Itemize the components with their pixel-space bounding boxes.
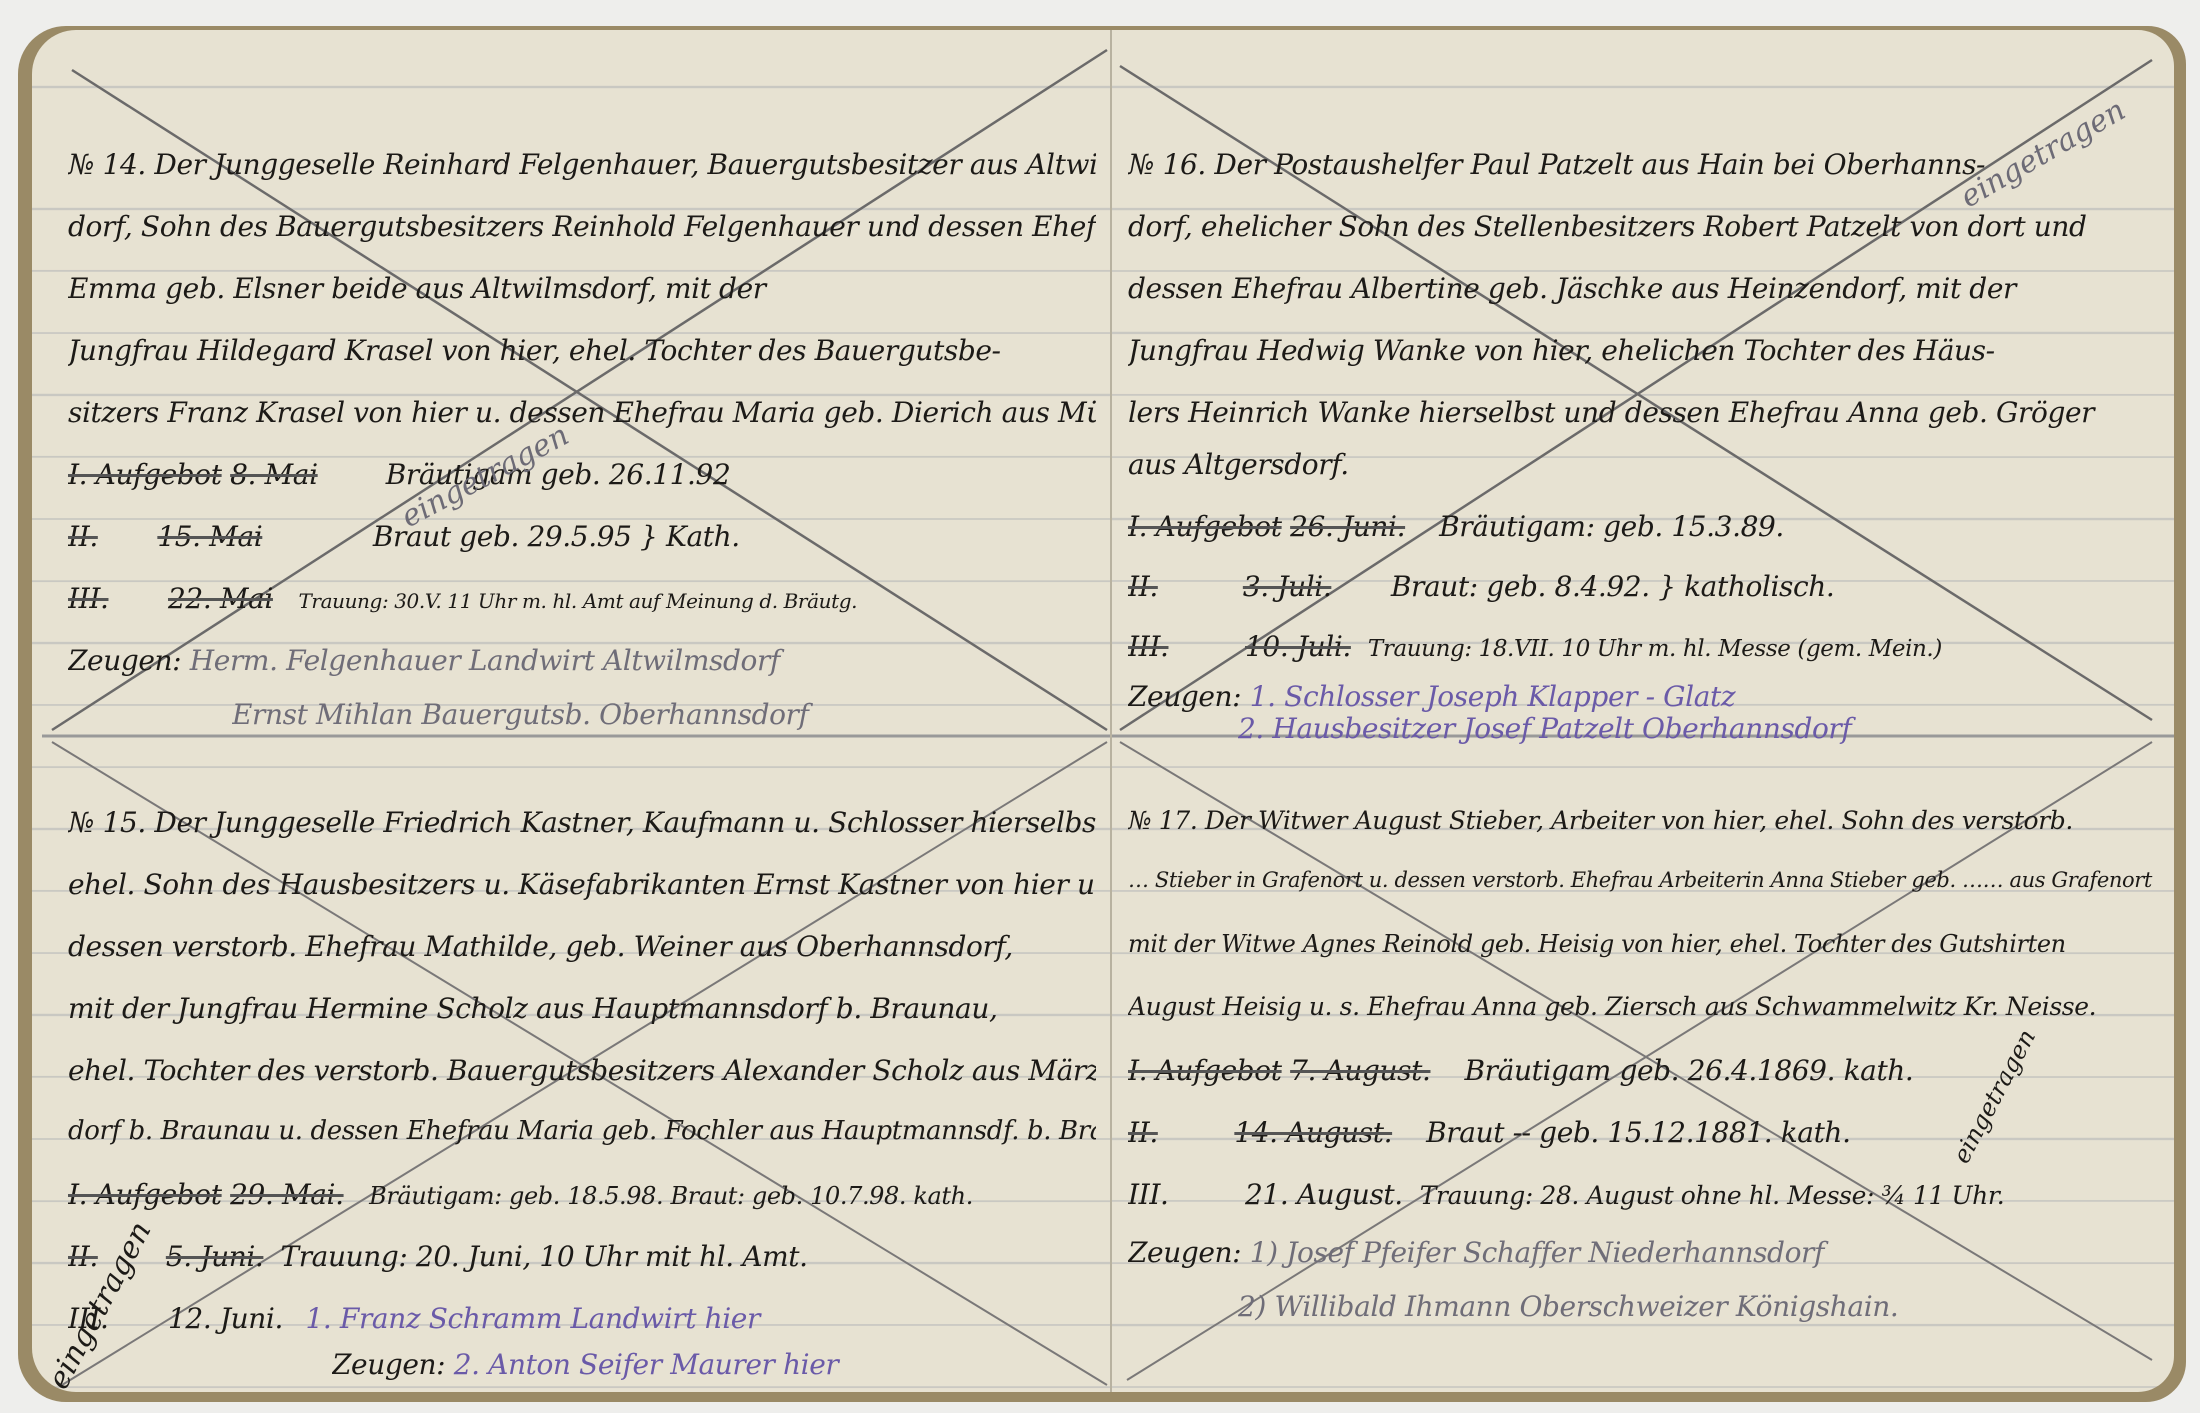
entry-line: … Stieber in Grafenort u. dessen verstor… — [1128, 868, 2158, 928]
banns-date: 12. Juni. — [168, 1302, 283, 1335]
witnesses-label: Zeugen: — [1128, 680, 1241, 713]
entry-line: dorf, Sohn des Bauergutsbesitzers Reinho… — [68, 210, 1096, 270]
witness-row: Zeugen: Herm. Felgenhauer Landwirt Altwi… — [68, 644, 1096, 704]
witness: Herm. Felgenhauer Landwirt Altwilmsdorf — [190, 644, 780, 677]
banns-date: 5. Juni. — [166, 1240, 264, 1273]
entry-line: Jungfrau Hedwig Wanke von hier, eheliche… — [1128, 334, 2158, 394]
banns-detail: Trauung: 30.V. 11 Uhr m. hl. Amt auf Mei… — [298, 589, 857, 613]
register-spread: № 14. Der Junggeselle Reinhard Felgenhau… — [18, 26, 2188, 1406]
banns-row: III. 21. August. Trauung: 28. August ohn… — [1128, 1178, 2158, 1238]
witnesses-label: Zeugen: — [1128, 1236, 1241, 1269]
banns-row: II. 3. Juli. Braut: geb. 8.4.92. } katho… — [1128, 570, 2158, 630]
entry-line: № 15. Der Junggeselle Friedrich Kastner,… — [68, 806, 1096, 866]
banns-detail: Bräutigam: geb. 15.3.89. — [1439, 510, 1784, 543]
banns-row: I. Aufgebot 29. Mai. Bräutigam: geb. 18.… — [68, 1178, 1096, 1238]
banns-row: II. 15. Mai Braut geb. 29.5.95 } Kath. — [68, 520, 1096, 580]
witness-row: 2. Hausbesitzer Josef Patzelt Oberhannsd… — [1238, 712, 2158, 772]
witness-row: Ernst Mihlan Bauergutsb. Oberhannsdorf — [232, 698, 1096, 758]
banns-row: II. 5. Juni. Trauung: 20. Juni, 10 Uhr m… — [68, 1240, 1096, 1300]
banns-detail: Braut -- geb. 15.12.1881. kath. — [1426, 1116, 1850, 1149]
banns-date: 15. Mai — [157, 520, 262, 553]
entry-line: mit der Witwe Agnes Reinold geb. Heisig … — [1128, 930, 2158, 990]
banns-label: II. — [1128, 1116, 1158, 1149]
banns-detail: Braut: geb. 8.4.92. } katholisch. — [1391, 570, 1835, 603]
banns-label: III. — [68, 582, 108, 615]
entry-line: Emma geb. Elsner beide aus Altwilmsdorf,… — [68, 272, 1096, 332]
witness: 1. Franz Schramm Landwirt hier — [306, 1302, 760, 1335]
banns-label: I. Aufgebot — [1128, 510, 1282, 543]
banns-detail: Trauung: 20. Juni, 10 Uhr mit hl. Amt. — [280, 1240, 807, 1273]
witnesses-label: Zeugen: — [68, 644, 181, 677]
banns-date: 10. Juli. — [1245, 630, 1351, 663]
banns-date: 29. Mai. — [230, 1178, 343, 1211]
banns-row: I. Aufgebot 26. Juni. Bräutigam: geb. 15… — [1128, 510, 2158, 570]
entry-line: lers Heinrich Wanke hierselbst und desse… — [1128, 396, 2158, 456]
entry-line: № 14. Der Junggeselle Reinhard Felgenhau… — [68, 148, 1096, 208]
entry-line: dessen verstorb. Ehefrau Mathilde, geb. … — [68, 930, 1096, 990]
banns-date: 22. Mai — [168, 582, 273, 615]
witnesses-label: Zeugen: — [332, 1348, 445, 1381]
right-page: № 16. Der Postaushelfer Paul Patzelt aus… — [1112, 30, 2174, 1392]
banns-date: 3. Juli. — [1243, 570, 1331, 603]
entry-line: aus Altgersdorf. — [1128, 448, 2158, 508]
banns-date: 14. August. — [1234, 1116, 1392, 1149]
witness: 1. Schlosser Joseph Klapper - Glatz — [1250, 680, 1735, 713]
banns-detail: Bräutigam: geb. 18.5.98. Braut: geb. 10.… — [369, 1182, 973, 1210]
banns-date: 7. August. — [1290, 1054, 1430, 1087]
banns-detail: Trauung: 28. August ohne hl. Messe: ¾ 11… — [1420, 1181, 2004, 1210]
banns-date: 26. Juni. — [1290, 510, 1405, 543]
banns-label: III. — [1128, 1178, 1168, 1211]
banns-detail: Bräutigam geb. 26.4.1869. kath. — [1465, 1054, 1914, 1087]
banns-row: I. Aufgebot 8. Mai Bräutigam geb. 26.11.… — [68, 458, 1096, 518]
banns-detail: Trauung: 18.VII. 10 Uhr m. hl. Messe (ge… — [1368, 636, 1942, 662]
witness-row: Zeugen: 1) Josef Pfeifer Schaffer Nieder… — [1128, 1236, 2158, 1296]
banns-row: II. 14. August. Braut -- geb. 15.12.1881… — [1128, 1116, 2158, 1176]
banns-label: II. — [68, 520, 98, 553]
banns-row: III. 22. Mai Trauung: 30.V. 11 Uhr m. hl… — [68, 582, 1096, 642]
banns-label: II. — [1128, 570, 1158, 603]
witness: 2. Anton Seifer Maurer hier — [454, 1348, 839, 1381]
witness: 2. Hausbesitzer Josef Patzelt Oberhannsd… — [1238, 712, 1851, 745]
entry-line: dessen Ehefrau Albertine geb. Jäschke au… — [1128, 272, 2158, 332]
entry-line: August Heisig u. s. Ehefrau Anna geb. Zi… — [1128, 992, 2158, 1052]
banns-label: III. — [1128, 630, 1168, 663]
entry-line: Jungfrau Hildegard Krasel von hier, ehel… — [68, 334, 1096, 394]
entry-line: dorf b. Braunau u. dessen Ehefrau Maria … — [68, 1116, 1096, 1176]
witness: 2) Willibald Ihmann Oberschweizer Königs… — [1238, 1290, 1898, 1323]
entry-line: ehel. Sohn des Hausbesitzers u. Käsefabr… — [68, 868, 1096, 928]
banns-label: I. Aufgebot — [68, 458, 222, 491]
entry-line: ehel. Tochter des verstorb. Bauergutsbes… — [68, 1054, 1096, 1114]
entry-line: mit der Jungfrau Hermine Scholz aus Haup… — [68, 992, 1096, 1052]
left-page: № 14. Der Junggeselle Reinhard Felgenhau… — [32, 30, 1112, 1392]
witness: Ernst Mihlan Bauergutsb. Oberhannsdorf — [232, 698, 809, 731]
entry-line: sitzers Franz Krasel von hier u. dessen … — [68, 396, 1096, 456]
banns-date: 8. Mai — [230, 458, 318, 491]
witness-row: Zeugen: 2. Anton Seifer Maurer hier — [332, 1348, 1096, 1392]
banns-label: II. — [68, 1240, 98, 1273]
entry-line: № 17. Der Witwer August Stieber, Arbeite… — [1128, 806, 2158, 866]
banns-date: 21. August. — [1245, 1178, 1403, 1211]
banns-label: I. Aufgebot — [1128, 1054, 1282, 1087]
witness: 1) Josef Pfeifer Schaffer Niederhannsdor… — [1250, 1236, 1824, 1269]
witness-row: 2) Willibald Ihmann Oberschweizer Königs… — [1238, 1290, 2158, 1350]
banns-label: I. Aufgebot — [68, 1178, 222, 1211]
entry-line: dorf, ehelicher Sohn des Stellenbesitzer… — [1128, 210, 2158, 270]
